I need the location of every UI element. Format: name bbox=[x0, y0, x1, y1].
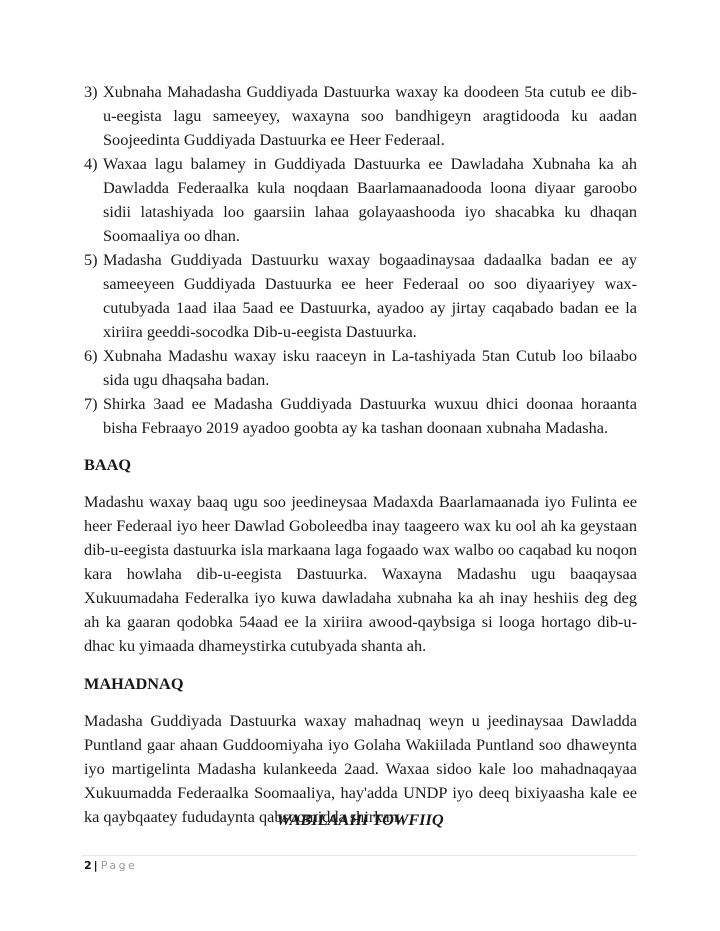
section-heading-mahadnaq: MAHADNAQ bbox=[84, 672, 637, 696]
section-heading-baaq: BAAQ bbox=[84, 453, 637, 477]
numbered-list: 3) Xubnaha Mahadasha Guddiyada Dastuurka… bbox=[84, 80, 637, 440]
list-item: 7) Shirka 3aad ee Madasha Guddiyada Dast… bbox=[84, 392, 637, 440]
list-item-number: 4) bbox=[84, 152, 98, 176]
list-item-text: Xubnaha Madashu waxay isku raaceyn in La… bbox=[103, 346, 637, 389]
list-item-number: 7) bbox=[84, 392, 98, 416]
list-item-text: Shirka 3aad ee Madasha Guddiyada Dastuur… bbox=[103, 394, 637, 437]
list-item: 6) Xubnaha Madashu waxay isku raaceyn in… bbox=[84, 344, 637, 392]
list-item: 3) Xubnaha Mahadasha Guddiyada Dastuurka… bbox=[84, 80, 637, 152]
document-page: 3) Xubnaha Mahadasha Guddiyada Dastuurka… bbox=[0, 0, 720, 931]
list-item-number: 3) bbox=[84, 80, 98, 104]
list-item: 4) Waxaa lagu balamey in Guddiyada Dastu… bbox=[84, 152, 637, 248]
list-item: 5) Madasha Guddiyada Dastuurku waxay bog… bbox=[84, 248, 637, 344]
list-item-number: 5) bbox=[84, 248, 98, 272]
document-body: 3) Xubnaha Mahadasha Guddiyada Dastuurka… bbox=[84, 80, 637, 829]
list-item-text: Madasha Guddiyada Dastuurku waxay bogaad… bbox=[103, 250, 637, 341]
list-item-text: Waxaa lagu balamey in Guddiyada Dastuurk… bbox=[103, 154, 637, 245]
list-item-number: 6) bbox=[84, 344, 98, 368]
paragraph-baaq: Madashu waxay baaq ugu soo jeedineysaa M… bbox=[84, 490, 637, 658]
footer-separator: | bbox=[94, 859, 98, 872]
list-item-text: Xubnaha Mahadasha Guddiyada Dastuurka wa… bbox=[103, 82, 637, 149]
footer-divider bbox=[82, 855, 637, 856]
closing-line: WABILAAHI TOWFIIQ bbox=[0, 810, 720, 830]
page-footer: 2|Page bbox=[84, 858, 137, 874]
page-number: 2 bbox=[84, 859, 92, 872]
page-label: Page bbox=[101, 859, 138, 872]
